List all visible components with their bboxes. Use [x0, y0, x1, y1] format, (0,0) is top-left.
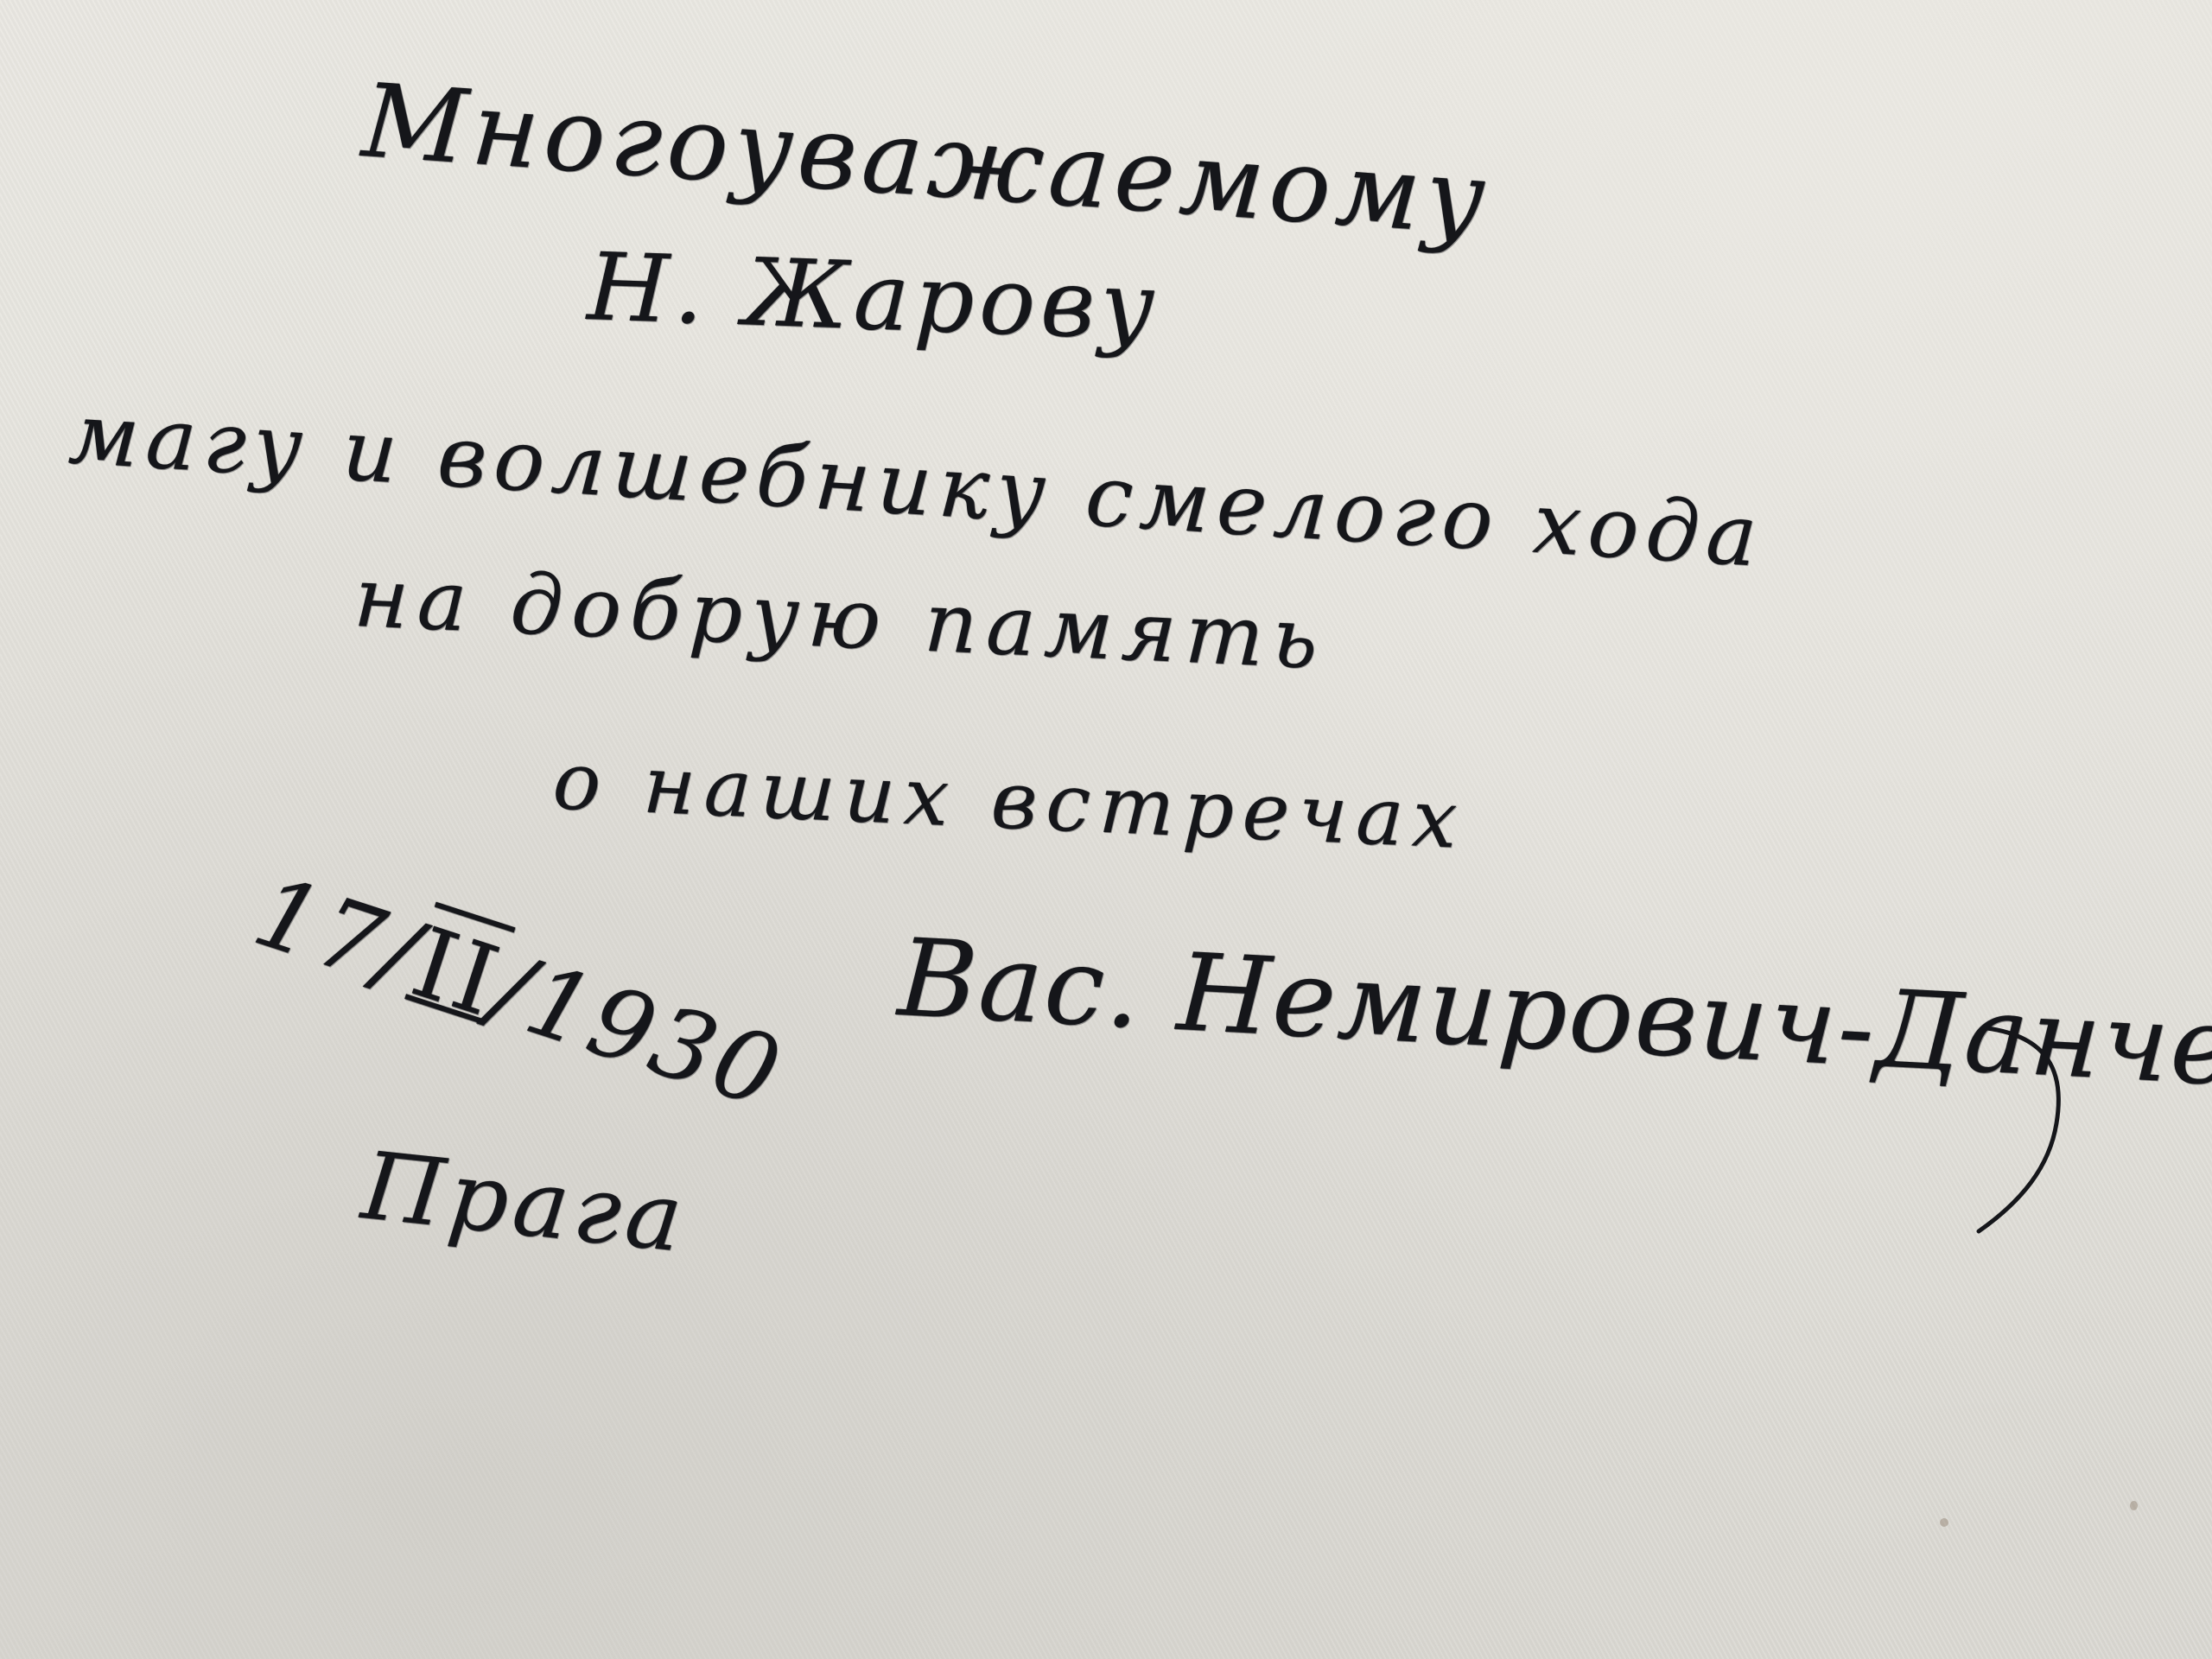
paper-foxing-spot — [2130, 1501, 2138, 1510]
dedication-line-1: магу и волшебнику смелого хода — [67, 385, 1767, 587]
inscription-date: 17/II/1930 — [242, 855, 796, 1131]
paper-foxing-spot — [1940, 1518, 1948, 1527]
dedication-line-2: на добрую память — [353, 549, 1329, 688]
salutation-line: Многоуважаемому — [359, 60, 1494, 258]
recipient-name: Н. Жарову — [586, 233, 1161, 361]
dedication-line-3: о наших встречах — [551, 734, 1468, 867]
paper-page: Многоуважаемому Н. Жарову магу и волшебн… — [0, 0, 2212, 1659]
date-year: 1930 — [513, 944, 795, 1131]
author-signature: Вас. Немирович-Данченко — [895, 916, 2212, 1121]
inscription-place: Прага — [357, 1132, 692, 1274]
